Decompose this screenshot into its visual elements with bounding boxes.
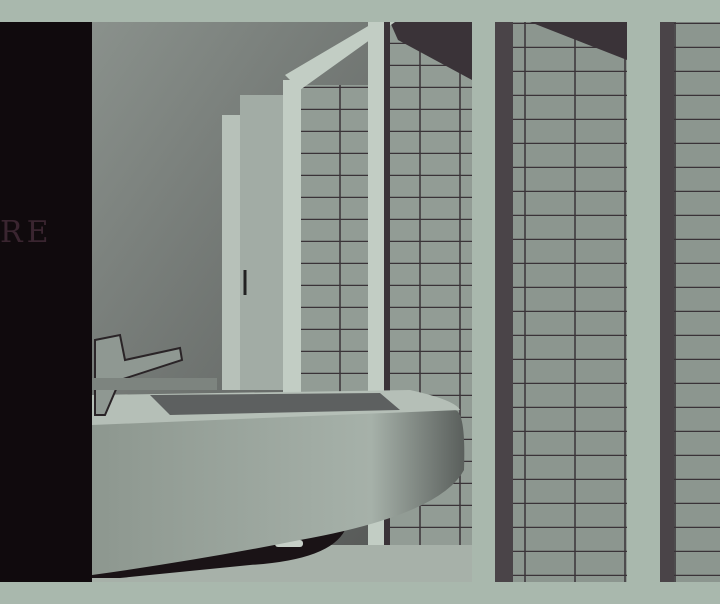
drawing-scene: RE bbox=[0, 0, 720, 604]
wall-text: RE bbox=[0, 215, 53, 250]
dark-panel bbox=[0, 22, 92, 582]
